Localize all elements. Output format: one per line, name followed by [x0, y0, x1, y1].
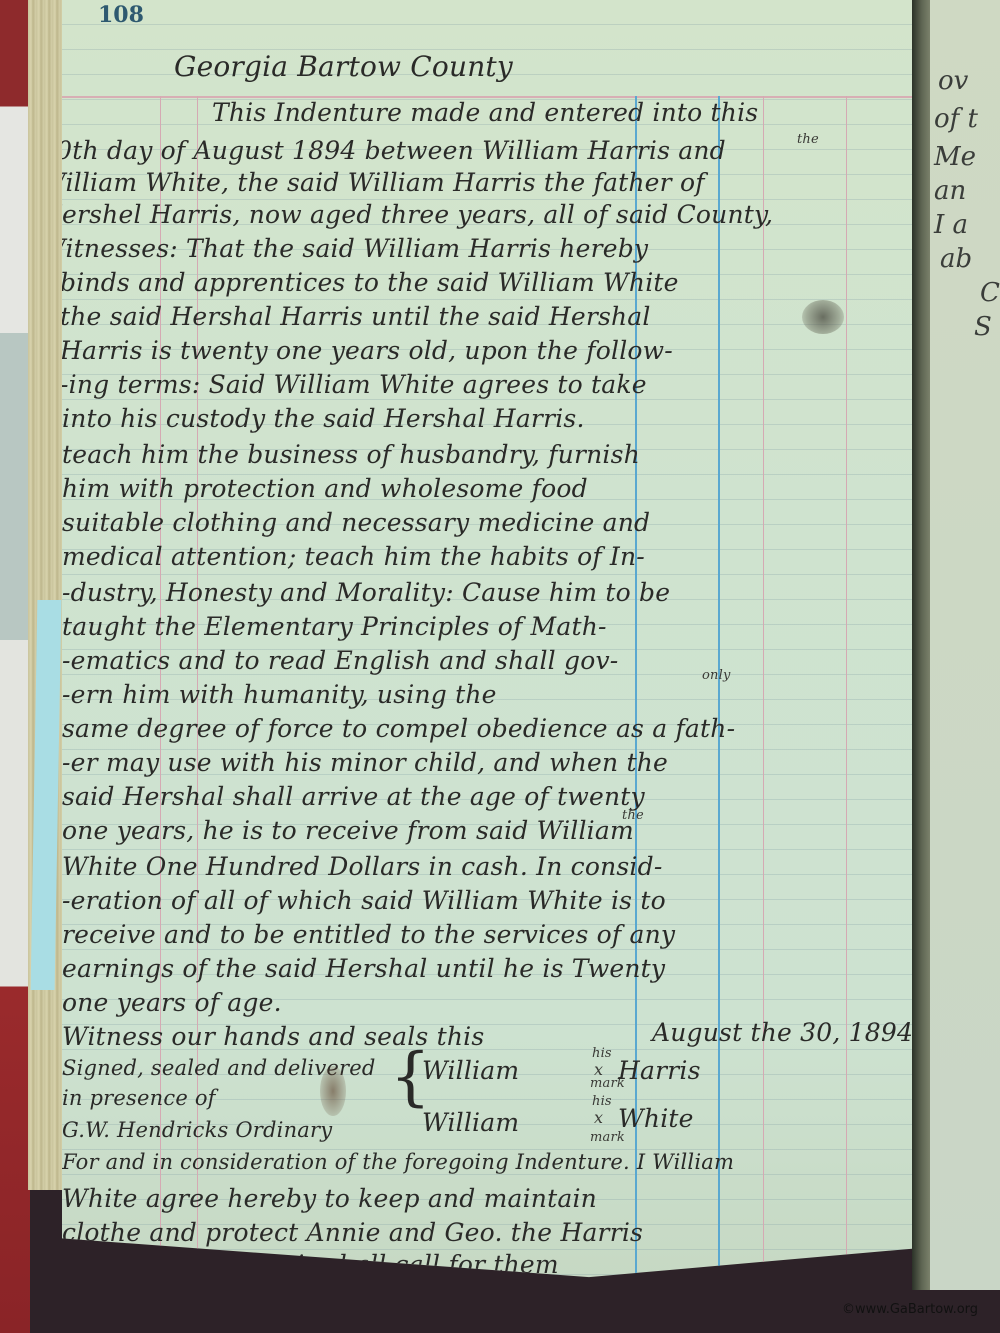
body-line-7: the said Hershal Harris until the said H…	[60, 302, 651, 331]
ink-stain	[802, 300, 844, 334]
facing-fragment: of t	[934, 104, 978, 134]
facing-fragment: ov	[938, 66, 968, 96]
body-line-11: teach him the business of husbandry, fur…	[62, 440, 640, 469]
mark-x: x	[594, 1108, 603, 1127]
body-line-9: -ing terms: Said William White agrees to…	[60, 370, 647, 399]
addendum-line-4: until William Harris shall call for them	[62, 1250, 559, 1279]
body-line-3: William White, the said William Harris t…	[40, 168, 705, 197]
column-rule-pink-4	[846, 96, 847, 1290]
body-line-2: 30th day of August 1894 between William …	[40, 136, 726, 165]
addendum-line-1: For and in consideration of the foregoin…	[62, 1150, 734, 1174]
facing-fragment: ab	[940, 244, 972, 274]
body-line-14: medical attention; teach him the habits …	[62, 542, 645, 571]
facing-page: ov of t Me an I a ab C S	[930, 0, 1000, 1290]
body-line-6: binds and apprentices to the said Willia…	[60, 268, 679, 297]
insert-the: the	[797, 132, 819, 147]
body-line-8: Harris is twenty one years old, upon the…	[60, 336, 673, 365]
body-line-27: one years of age.	[62, 988, 282, 1017]
book-binding	[0, 0, 30, 1333]
body-line-1: This Indenture made and entered into thi…	[212, 98, 758, 127]
facing-fragment: Me	[934, 142, 976, 172]
addendum-line-2: White agree hereby to keep and maintain	[62, 1184, 597, 1213]
facing-fragment: S	[974, 312, 992, 342]
signature-first-name: William	[422, 1056, 519, 1085]
facing-fragment: I a	[934, 210, 968, 240]
signature-last-name: White	[618, 1104, 694, 1133]
ledger-page: 108 Georgia Bartow County This Indenture…	[62, 0, 912, 1290]
body-line-22: one years, he is to receive from said Wi…	[62, 816, 634, 845]
body-line-21: said Hershal shall arrive at the age of …	[62, 782, 645, 811]
signed-line-2: in presence of	[62, 1086, 216, 1110]
rust-stain	[320, 1066, 346, 1116]
body-line-18: -ern him with humanity, using the	[62, 680, 497, 709]
body-line-23: White One Hundred Dollars in cash. In co…	[62, 852, 662, 881]
body-line-15: -dustry, Honesty and Morality: Cause him…	[62, 578, 670, 607]
body-line-10: into his custody the said Hershal Harris…	[62, 404, 585, 433]
body-line-5: Witnesses: That the said William Harris …	[40, 234, 648, 263]
body-line-13: suitable clothing and necessary medicine…	[62, 508, 650, 537]
signature-last-name: Harris	[618, 1056, 701, 1085]
insert-only: only	[702, 668, 731, 683]
body-line-17: -ematics and to read English and shall g…	[62, 646, 618, 675]
body-line-25: receive and to be entitled to the servic…	[62, 920, 675, 949]
signed-line-3: G.W. Hendricks Ordinary	[62, 1118, 332, 1142]
body-line-24: -eration of all of which said William Wh…	[62, 886, 666, 915]
addendum-line-3: clothe and protect Annie and Geo. the Ha…	[62, 1218, 643, 1247]
body-line-19: same degree of force to compel obedience…	[62, 714, 735, 743]
signature-first-name: William	[422, 1108, 519, 1137]
document-heading: Georgia Bartow County	[174, 50, 513, 83]
column-rule-pink-3	[763, 96, 764, 1290]
body-line-12: him with protection and wholesome food	[62, 474, 588, 503]
page-number: 108	[98, 2, 144, 28]
facing-fragment: an	[934, 176, 966, 206]
column-rule-blue-2	[718, 96, 720, 1290]
copyright-watermark: ©www.GaBartow.org	[842, 1302, 978, 1317]
facing-fragment: C	[980, 278, 1000, 308]
mark-label-his: his	[592, 1046, 612, 1061]
witness-date: August the 30, 1894	[652, 1018, 913, 1047]
body-line-20: -er may use with his minor child, and wh…	[62, 748, 668, 777]
insert-the-2: the	[622, 808, 644, 823]
mark-label-his: his	[592, 1094, 612, 1109]
body-line-4: Hershel Harris, now aged three years, al…	[40, 200, 773, 229]
body-line-16: taught the Elementary Principles of Math…	[62, 612, 607, 641]
body-line-26: earnings of the said Hershal until he is…	[62, 954, 665, 983]
